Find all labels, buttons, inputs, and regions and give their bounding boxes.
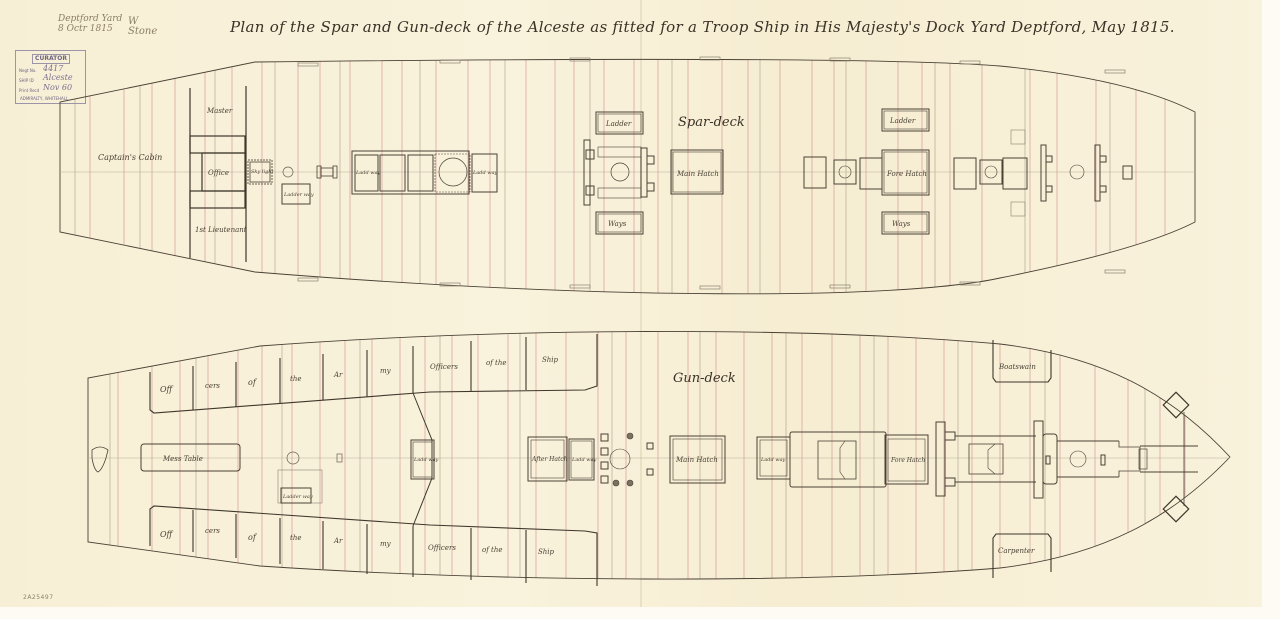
- gun-deck-hatches: [528, 412, 1198, 506]
- cabin-word: of the: [482, 546, 503, 554]
- deck-plan-drawing: Spar-deck Captain's Cabin Master Office …: [0, 0, 1280, 619]
- cabin-word: of: [248, 378, 258, 387]
- fore-hatch-group: [804, 109, 1132, 234]
- ladder-fore-label: Ladder: [889, 117, 916, 125]
- main-hatch-label: Main Hatch: [675, 456, 718, 464]
- spar-deck-plan: Spar-deck Captain's Cabin Master Office …: [60, 40, 1195, 300]
- fore-hatch-label: Fore Hatch: [890, 457, 925, 464]
- ladd-way-mid-label: Ladd way: [413, 457, 439, 463]
- cabin-word: Officers: [430, 363, 458, 371]
- cabin-word: Ar: [333, 537, 343, 545]
- gun-deck-planking: [110, 320, 1185, 600]
- mess-table-label: Mess Table: [162, 455, 203, 463]
- spar-deck-label: Spar-deck: [678, 115, 745, 130]
- cabin-word: cers: [205, 527, 220, 535]
- office-label: Office: [208, 169, 229, 177]
- ladder-way-label: Ladder way: [283, 192, 314, 198]
- ways-main-label: Ways: [608, 220, 627, 228]
- ladderway-aft-label: Ladd way: [355, 170, 381, 176]
- ladd-way-2-label: Ladd way: [571, 457, 597, 463]
- master-cabin-label: Master: [206, 107, 233, 115]
- carpenter-label: Carpenter: [998, 547, 1035, 555]
- cabin-word: of the: [486, 359, 507, 367]
- boatswain-store: [993, 340, 1051, 382]
- carpenter-store: [993, 534, 1051, 578]
- ladder-way-aft-label: Ladder way: [282, 494, 313, 500]
- fore-hatch-label: Fore Hatch: [886, 170, 927, 178]
- cabin-word: of: [248, 533, 258, 542]
- sky-light-label: Sky light: [251, 169, 274, 175]
- ways-fore-label: Ways: [892, 220, 911, 228]
- ladd-way-3-label: Ladd way: [760, 457, 786, 463]
- cabin-word: Officers: [428, 544, 456, 552]
- starboard-cabin-labels: Off cers of the Ar my Officers of the Sh…: [160, 527, 555, 556]
- cabin-word: Off: [160, 530, 174, 539]
- port-officer-cabins: [150, 334, 597, 413]
- captains-cabin-label: Captain's Cabin: [98, 153, 162, 162]
- cabin-word: my: [380, 367, 392, 375]
- boatswain-label: Boatswain: [998, 363, 1036, 371]
- cabin-word: Ar: [333, 371, 343, 379]
- cabin-word: cers: [205, 382, 220, 390]
- ladderway-fwd-label: Ladd way: [472, 170, 498, 176]
- starboard-officer-cabins: [150, 506, 597, 586]
- after-hatch-label: After Hatch: [531, 456, 568, 463]
- port-cabin-labels: Off cers of the Ar my Officers of the Sh…: [160, 356, 559, 394]
- cabin-word: Ship: [538, 548, 555, 556]
- gun-deck-label: Gun-deck: [673, 371, 736, 386]
- cabin-word: Ship: [542, 356, 559, 364]
- cabin-word: my: [380, 540, 392, 548]
- first-lieutenant-label: 1st Lieutenant: [195, 226, 247, 234]
- gun-deck-outline: [88, 331, 1230, 579]
- cabin-word: the: [290, 534, 301, 542]
- main-hatch-label: Main Hatch: [676, 170, 719, 178]
- rudder-head: [92, 447, 108, 472]
- cabin-word: Off: [160, 385, 174, 394]
- ladder-main-label: Ladder: [605, 120, 632, 128]
- gun-deck-plan: Gun-deck Off cers of the Ar my Officers …: [88, 320, 1230, 600]
- cabin-word: the: [290, 375, 301, 383]
